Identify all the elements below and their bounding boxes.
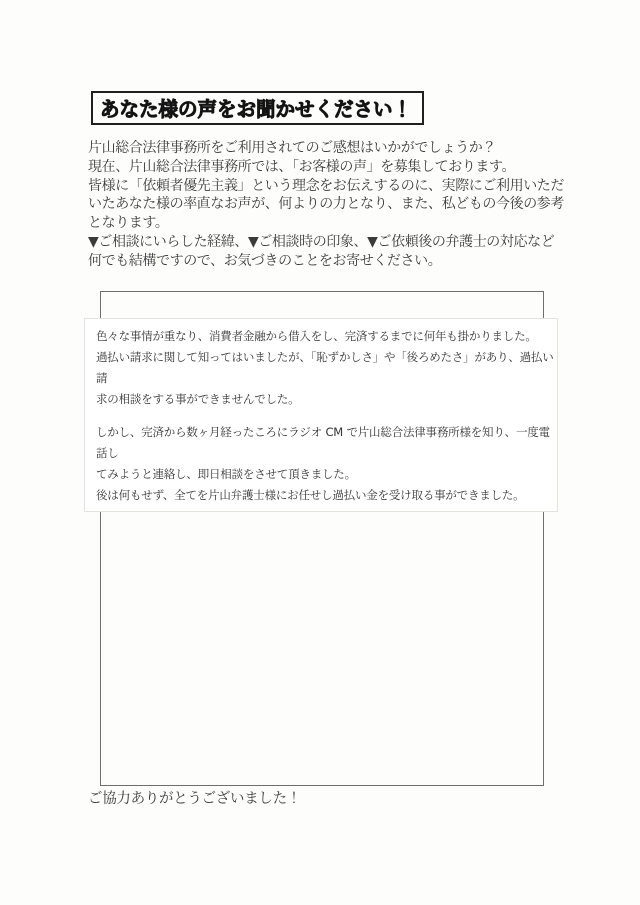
feedback-paragraph: しかし、完済から数ヶ月経ったころにラジオ CM で片山総合法律事務所様を知り、一… xyxy=(96,422,557,506)
intro-text: 片山総合法律事務所をご利用されてのご感想はいかがでしょうか？ 現在、片山総合法律… xyxy=(88,139,578,271)
feedback-note: 色々な事情が重なり、消費者金融から借入をし、完済するまでに何年も掛かりました。 … xyxy=(84,318,558,512)
feedback-paragraph: 色々な事情が重なり、消費者金融から借入をし、完済するまでに何年も掛かりました。 … xyxy=(96,326,557,410)
closing-text: ご協力ありがとうございました！ xyxy=(88,787,301,808)
title-box: あなた様の声をお聞かせください！ xyxy=(91,91,424,125)
scanned-page: あなた様の声をお聞かせください！ 片山総合法律事務所をご利用されてのご感想はいか… xyxy=(0,0,640,905)
page-title: あなた様の声をお聞かせください！ xyxy=(100,94,412,123)
